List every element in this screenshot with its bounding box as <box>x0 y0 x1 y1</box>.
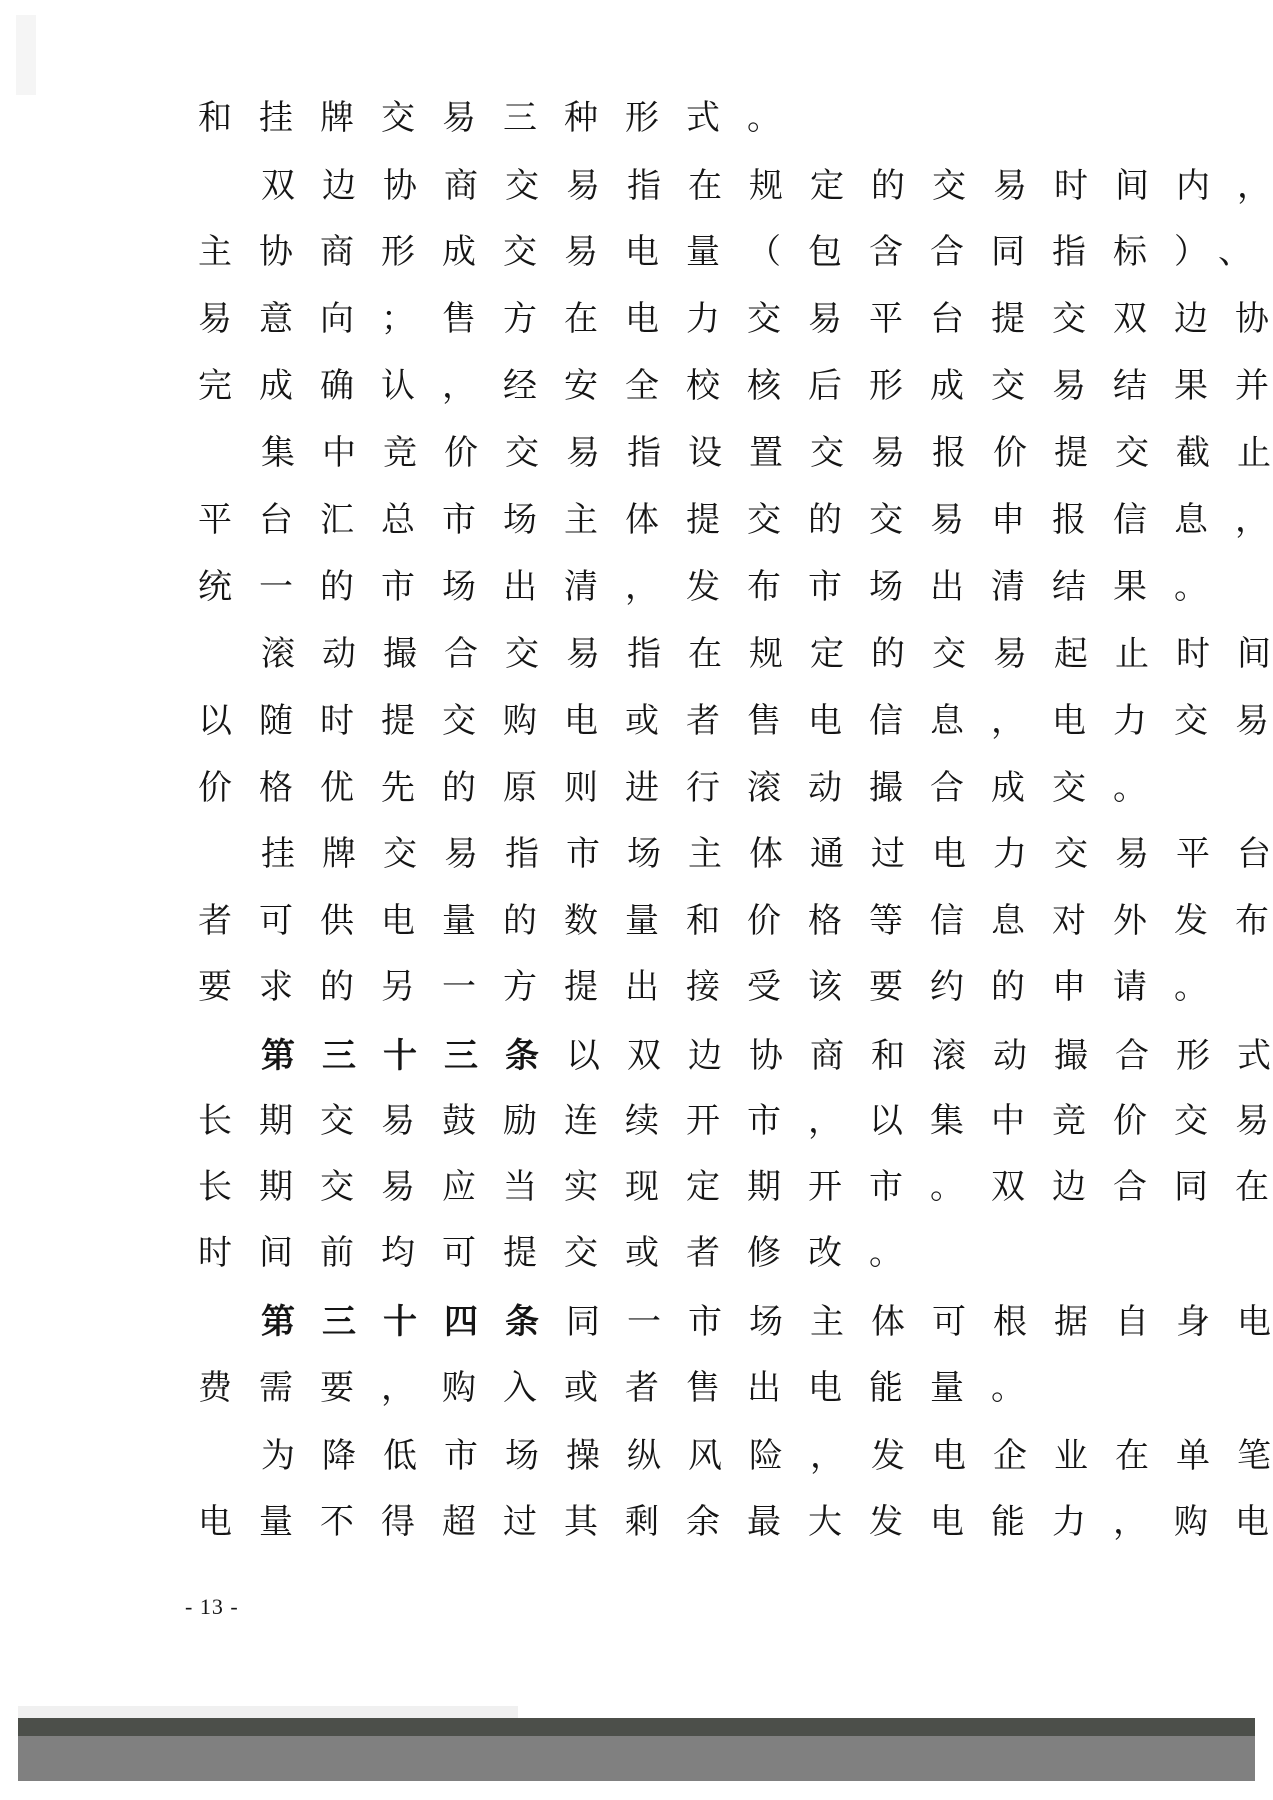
article-34: 第三十四条同一市场主体可根据自身电力生产或者消 <box>261 1302 1273 1342</box>
page-number: - 13 - <box>185 1594 239 1620</box>
text-line: 费需要，购入或者售出电能量。 <box>198 1368 1052 1408</box>
article-text: 同一市场主体可根据自身电力生产或者消 <box>566 1302 1273 1342</box>
scan-artifact <box>18 1706 518 1718</box>
scanner-background <box>18 1736 1255 1781</box>
text-line: 易意向；售方在电力交易平台提交双边协商交易要约，购方 <box>198 299 1273 339</box>
article-text: 以双边协商和滚动撮合形式开展的电力中 <box>566 1036 1273 1076</box>
article-33: 第三十三条以双边协商和滚动撮合形式开展的电力中 <box>261 1036 1273 1076</box>
text-line: 和挂牌交易三种形式。 <box>198 98 808 138</box>
paragraph-listing-trade: 挂牌交易指市场主体通过电力交易平台，将需求电量或 <box>261 834 1273 874</box>
text-line: 时间前均可提交或者修改。 <box>198 1233 930 1273</box>
scan-artifact <box>16 15 36 95</box>
text-line: 主协商形成交易电量（包含合同指标）、交易价格等初步交 <box>198 232 1273 272</box>
text-line: 者可供电量的数量和价格等信息对外发布要约，由符合资格 <box>198 901 1273 941</box>
text-line: 平台汇总市场主体提交的交易申报信息，按照市场规则进行 <box>198 500 1273 540</box>
article-heading: 第三十四条 <box>261 1302 566 1342</box>
text-line: 统一的市场出清，发布市场出清结果。 <box>198 567 1235 607</box>
article-heading: 第三十三条 <box>261 1036 566 1076</box>
paragraph-manipulation-risk: 为降低市场操纵风险，发电企业在单笔电力交易中的售 <box>261 1436 1273 1476</box>
text-line: 长期交易鼓励连续开市，以集中竞价交易形式开展的电力中 <box>198 1101 1273 1141</box>
text-line: 价格优先的原则进行滚动撮合成交。 <box>198 768 1174 808</box>
text-line: 电量不得超过其剩余最大发电能力，购电量不得超过其售出 <box>198 1502 1273 1542</box>
paragraph-centralized-bidding: 集中竞价交易指设置交易报价提交截止时间，电力交易 <box>261 433 1273 473</box>
text-line: 要求的另一方提出接受该要约的申请。 <box>198 967 1235 1007</box>
document-page: 和挂牌交易三种形式。 双边协商交易指在规定的交易时间内，市场主体之间自 主协商形… <box>0 0 1273 1800</box>
scan-edge-band <box>18 1718 1255 1736</box>
paragraph-bilateral-negotiation: 双边协商交易指在规定的交易时间内，市场主体之间自 <box>261 166 1273 206</box>
text-line: 长期交易应当实现定期开市。双边合同在双边交易申报截止 <box>198 1167 1273 1207</box>
text-line: 完成确认，经安全校核后形成交易结果并执行。 <box>198 366 1273 406</box>
paragraph-rolling-matching: 滚动撮合交易指在规定的交易起止时间内，市场主体可 <box>261 634 1273 674</box>
text-line: 以随时提交购电或者售电信息，电力交易平台按照时间优先、 <box>198 701 1273 741</box>
